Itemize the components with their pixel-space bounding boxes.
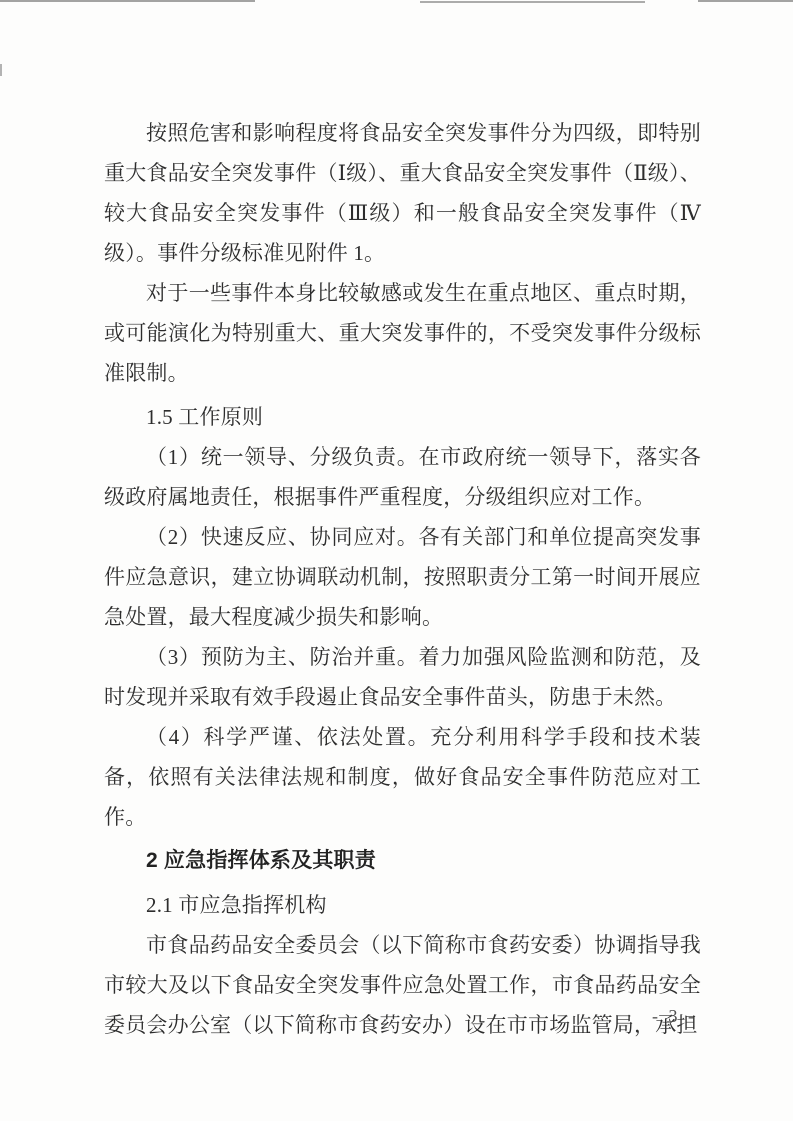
para-principle-prevention-first: （3）预防为主、防治并重。着力加强风险监测和防范，及时发现并采取有效手段遏止食品… (104, 637, 701, 717)
scan-edge-artifact-top (0, 0, 793, 3)
page-number: - 3 - (652, 1002, 697, 1030)
heading-city-command-structure: 2.1 市应急指挥机构 (104, 885, 701, 925)
para-principle-rapid-response: （2）快速反应、协同应对。各有关部门和单位提高突发事件应急意识，建立协调联动机制… (104, 517, 701, 637)
para-event-grading: 按照危害和影响程度将食品安全突发事件分为四级，即特别重大食品安全突发事件（Ⅰ级）… (104, 113, 701, 273)
scan-edge-artifact-left (0, 64, 2, 76)
para-principle-scientific-rigor: （4）科学严谨、依法处置。充分利用科学手段和技术装备，依照有关法律法规和制度，做… (104, 717, 701, 837)
para-grading-exception: 对于一些事件本身比较敏感或发生在重点地区、重点时期，或可能演化为特别重大、重大突… (104, 273, 701, 393)
heading-work-principles: 1.5 工作原则 (104, 397, 701, 437)
para-principle-unified-leadership: （1）统一领导、分级负责。在市政府统一领导下，落实各级政府属地责任，根据事件严重… (104, 437, 701, 517)
heading-command-system: 2 应急指挥体系及其职责 (104, 841, 701, 881)
para-food-drug-safety-committee: 市食品药品安全委员会（以下简称市食药安委）协调指导我市较大及以下食品安全突发事件… (104, 925, 701, 1045)
document-body: 按照危害和影响程度将食品安全突发事件分为四级，即特别重大食品安全突发事件（Ⅰ级）… (104, 113, 701, 1045)
document-page: 按照危害和影响程度将食品安全突发事件分为四级，即特别重大食品安全突发事件（Ⅰ级）… (0, 0, 793, 1121)
